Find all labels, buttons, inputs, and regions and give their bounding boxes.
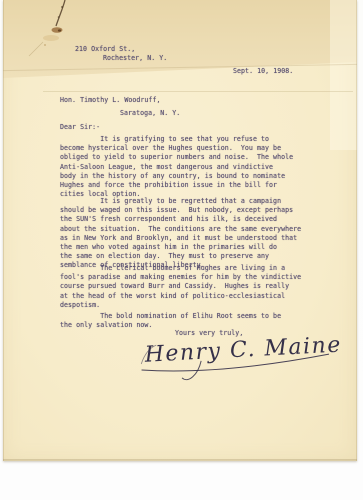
paper-left-edge	[3, 0, 4, 461]
paper-edge-highlight	[330, 0, 357, 150]
paper-right-edge	[356, 0, 357, 461]
body-paragraph-2: It is greatly to be regretted that a cam…	[60, 197, 301, 271]
fold-crease-line	[43, 91, 353, 92]
sender-address-line1: 210 Oxford St.,	[75, 45, 135, 54]
recipient-city-line: Saratoga, N. Y.	[120, 109, 180, 118]
salutation: Dear Sir:-	[60, 123, 100, 132]
sender-address-line2: Rochester, N. Y.	[103, 54, 167, 63]
body-paragraph-3: The clerical boomers of Hughes are livin…	[60, 264, 301, 310]
paper-bottom-edge	[3, 459, 357, 461]
body-paragraph-4: The bold nomination of Elihu Root seems …	[60, 312, 281, 330]
signature-name-text: Henry C. Maine	[143, 332, 342, 367]
letter-date: Sept. 10, 1908.	[233, 67, 293, 76]
body-paragraph-1: It is gratifying to see that you refuse …	[60, 135, 293, 199]
letter-paper-sheet: 210 Oxford St., Rochester, N. Y. Sept. 1…	[3, 0, 357, 461]
scanned-letter-page: 210 Oxford St., Rochester, N. Y. Sept. 1…	[0, 0, 363, 500]
recipient-name-line: Hon. Timothy L. Woodruff,	[60, 96, 161, 105]
handwritten-signature: Henry C. Maine	[131, 329, 346, 384]
